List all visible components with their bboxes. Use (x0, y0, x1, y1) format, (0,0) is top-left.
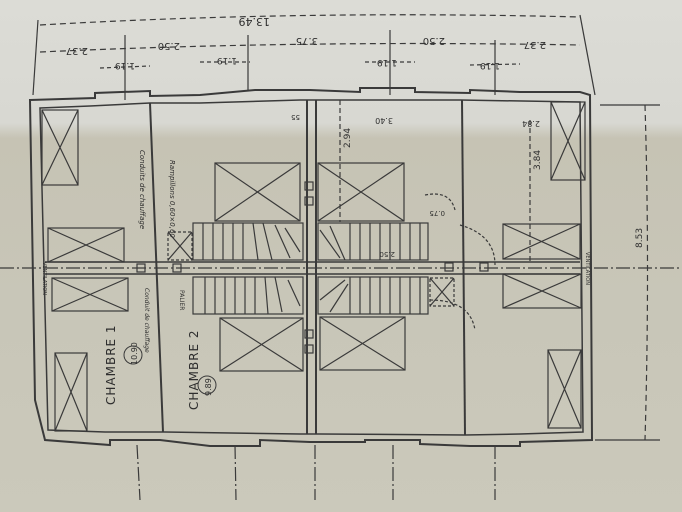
inner-depth-label: 3.84 (533, 150, 543, 170)
ventilation-label: VENTILATION (41, 262, 47, 295)
bay-width-label: 2.37 (524, 39, 546, 50)
inner-width-label: 2.84 (522, 119, 540, 128)
bay-width-label: 3.75 (296, 35, 318, 46)
window-width-label: 1.19 (217, 55, 237, 65)
room-area-chambre-2: 9.89 (204, 378, 213, 396)
inner-width-label: 3.40 (375, 116, 393, 125)
bay-width-label: 2.37 (66, 45, 88, 56)
floor-plan-photo: 13.49 2.37 2.50 3.75 2.50 2.37 1.19 1.19… (0, 0, 682, 512)
room-label-chambre-1: CHAMBRE 1 (104, 324, 118, 405)
overall-depth-label: 8.53 (635, 228, 645, 248)
stair-width-label: 2.50 (379, 250, 395, 258)
wall-thickness-label: 55 (291, 113, 300, 121)
staircase-left-lower (193, 277, 303, 314)
stair-width-label: 0.75 (429, 209, 445, 217)
wardrobe-boxes (42, 102, 585, 431)
door-swing (460, 225, 495, 265)
chimney-duct-label: Conduits de chauffage (138, 150, 146, 229)
overall-width-label: 13.49 (239, 15, 271, 28)
staircase-left-upper (193, 223, 303, 260)
window-width-label: 1.19 (480, 60, 500, 70)
staircase-right-upper (318, 223, 428, 260)
depth-dimension-line (645, 105, 648, 440)
window-width-label: 1.19 (377, 57, 397, 67)
floor-plan-drawing: 13.49 2.37 2.50 3.75 2.50 2.37 1.19 1.19… (0, 0, 682, 512)
door-swing (425, 194, 455, 210)
chimney-size-label: Rampillons 0,60×0,60 (168, 160, 176, 238)
bay-width-label: 2.50 (158, 40, 180, 51)
window-width-label: 1.19 (115, 60, 135, 70)
overall-width-dimension-line (40, 15, 580, 25)
chimney-note-label: Conduit de chauffage (143, 288, 150, 353)
bay-width-label: 2.50 (423, 35, 445, 46)
landing-label: PALIER (178, 290, 185, 310)
room-area-chambre-1: 10.90 (130, 342, 139, 365)
inner-depth-label: 2.94 (343, 128, 353, 148)
room-label-chambre-2: CHAMBRE 2 (187, 329, 201, 410)
staircase-right-lower (318, 277, 428, 314)
ventilation-label: VENTILATION (584, 252, 590, 285)
